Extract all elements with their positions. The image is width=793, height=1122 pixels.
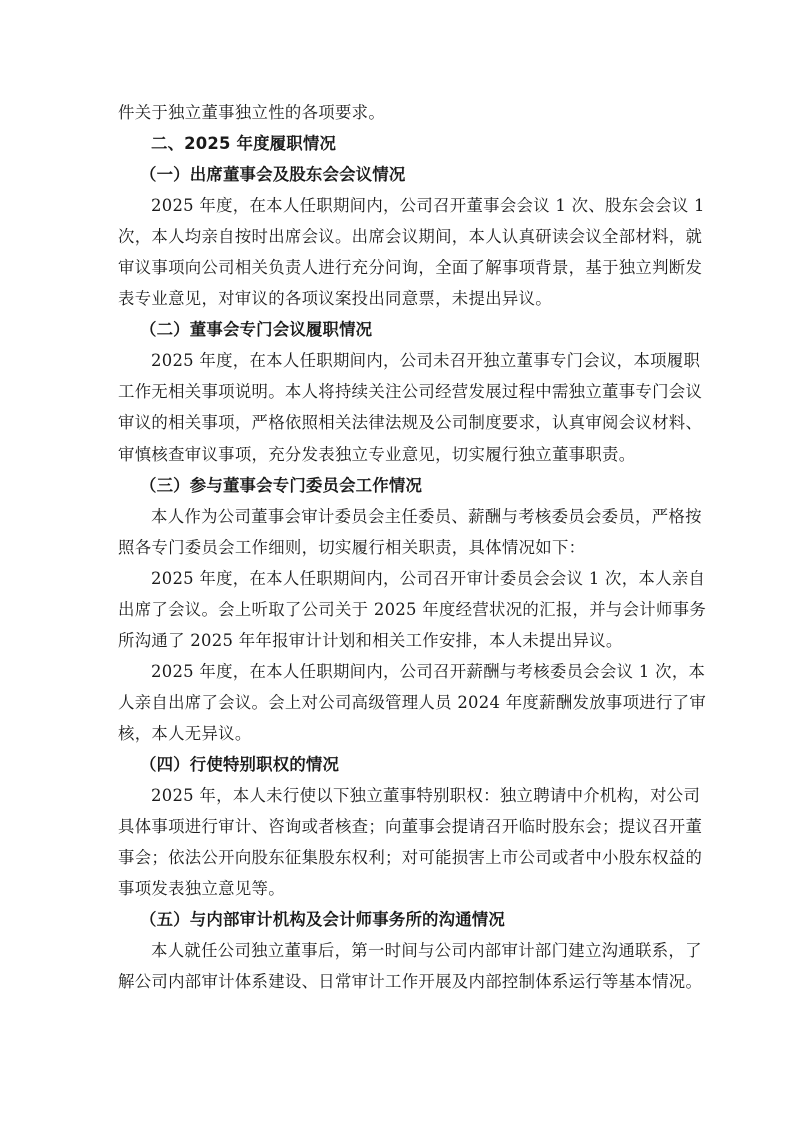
text-line: 本人就任公司独立董事后，第一时间与公司内部审计部门建立沟通联系，了 — [118, 935, 673, 966]
text-line: 出席了会议。会上听取了公司关于 2025 年度经营状况的汇报，并与会计师事务 — [118, 594, 673, 625]
text-line: 本人作为公司董事会审计委员会主任委员、薪酬与考核委员会委员，严格按 — [118, 501, 673, 532]
subsection-heading-audit-communication: （五）与内部审计机构及会计师事务所的沟通情况 — [118, 904, 673, 935]
text-line: 核，本人无异议。 — [118, 718, 673, 749]
text-line: 2025 年度，在本人任职期间内，公司召开薪酬与考核委员会会议 1 次，本 — [118, 656, 673, 687]
text-line: 所沟通了 2025 年年报审计计划和相关工作安排，本人未提出异议。 — [118, 625, 673, 656]
text-line: 表专业意见，对审议的各项议案投出同意票，未提出异议。 — [118, 283, 673, 314]
text-line: 审慎核查审议事项，充分发表独立专业意见，切实履行独立董事职责。 — [118, 439, 673, 470]
text-line: 人亲自出席了会议。会上对公司高级管理人员 2024 年度薪酬发放事项进行了审 — [118, 687, 673, 718]
text-line: 审议事项向公司相关负责人进行充分问询，全面了解事项背景，基于独立判断发 — [118, 252, 673, 283]
text-line: 工作无相关事项说明。本人将持续关注公司经营发展过程中需独立董事专门会议 — [118, 376, 673, 407]
paragraph-compensation-committee: 2025 年度，在本人任职期间内，公司召开薪酬与考核委员会会议 1 次，本 人亲… — [118, 656, 673, 749]
text-line: 解公司内部审计体系建设、日常审计工作开展及内部控制体系运行等基本情况。 — [118, 966, 673, 997]
document-page: 件关于独立董事独立性的各项要求。 二、2025 年度履职情况 （一）出席董事会及… — [118, 97, 673, 997]
paragraph-committee-roles: 本人作为公司董事会审计委员会主任委员、薪酬与考核委员会委员，严格按 照各专门委员… — [118, 501, 673, 563]
subsection-heading-meetings: （一）出席董事会及股东会会议情况 — [118, 159, 673, 190]
text-line: 2025 年度，在本人任职期间内，公司召开审计委员会会议 1 次，本人亲自 — [118, 563, 673, 594]
paragraph-audit-committee: 2025 年度，在本人任职期间内，公司召开审计委员会会议 1 次，本人亲自 出席… — [118, 563, 673, 656]
subsection-heading-committees: （三）参与董事会专门委员会工作情况 — [118, 470, 673, 501]
paragraph-audit-communication: 本人就任公司独立董事后，第一时间与公司内部审计部门建立沟通联系，了 解公司内部审… — [118, 935, 673, 997]
text-line: 2025 年度，在本人任职期间内，公司召开董事会会议 1 次、股东会会议 1 — [118, 190, 673, 221]
text-line: 具体事项进行审计、咨询或者核查；向董事会提请召开临时股东会；提议召开董 — [118, 811, 673, 842]
text-line: 照各专门委员会工作细则，切实履行相关职责，具体情况如下： — [118, 532, 673, 563]
paragraph-special-powers: 2025 年，本人未行使以下独立董事特别职权：独立聘请中介机构，对公司 具体事项… — [118, 780, 673, 904]
text-line: 次，本人均亲自按时出席会议。出席会议期间，本人认真研读会议全部材料，就 — [118, 221, 673, 252]
text-line: 件关于独立董事独立性的各项要求。 — [118, 97, 673, 128]
section-heading-2025-duties: 二、2025 年度履职情况 — [118, 128, 673, 159]
text-line: 审议的相关事项，严格依照相关法律法规及公司制度要求，认真审阅会议材料、 — [118, 407, 673, 438]
subsection-heading-special-powers: （四）行使特别职权的情况 — [118, 749, 673, 780]
text-line: 2025 年，本人未行使以下独立董事特别职权：独立聘请中介机构，对公司 — [118, 780, 673, 811]
paragraph-continuation: 件关于独立董事独立性的各项要求。 — [118, 97, 673, 128]
text-line: 2025 年度，在本人任职期间内，公司未召开独立董事专门会议，本项履职 — [118, 345, 673, 376]
text-line: 事会；依法公开向股东征集股东权利；对可能损害上市公司或者中小股东权益的 — [118, 842, 673, 873]
text-line: 事项发表独立意见等。 — [118, 873, 673, 904]
subsection-heading-special-meetings: （二）董事会专门会议履职情况 — [118, 314, 673, 345]
paragraph-meeting-attendance: 2025 年度，在本人任职期间内，公司召开董事会会议 1 次、股东会会议 1 次… — [118, 190, 673, 314]
paragraph-special-meetings: 2025 年度，在本人任职期间内，公司未召开独立董事专门会议，本项履职 工作无相… — [118, 345, 673, 469]
